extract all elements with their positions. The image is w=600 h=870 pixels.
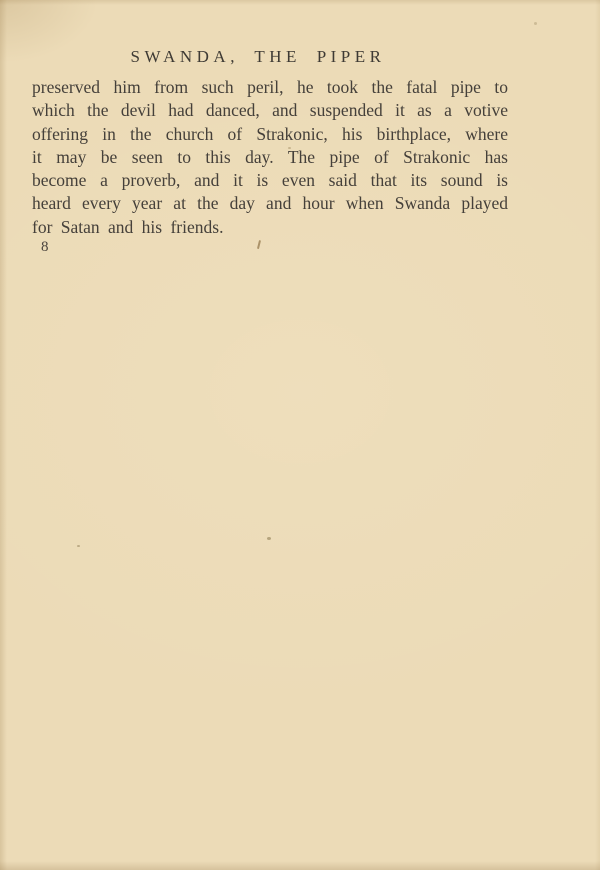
paragraph-line: offering in the church of Strakonic, his…: [32, 123, 508, 146]
paragraph-line: become a proverb, and it is even said th…: [32, 169, 508, 192]
paper-mark-slash: [257, 240, 261, 249]
paragraph: preserved him from such peril, he took t…: [32, 76, 508, 239]
paragraph-line: preserved him from such peril, he took t…: [32, 76, 508, 99]
paper-speck: [534, 22, 537, 25]
paragraph-line: it may be seen to this day. The pipe of …: [32, 146, 508, 169]
book-page: SWANDA, THE PIPER preserved him from suc…: [0, 0, 600, 870]
paragraph-line: heard every year at the day and hour whe…: [32, 192, 508, 215]
paper-speck: [288, 147, 291, 149]
paper-speck: [77, 545, 80, 547]
paragraph-line: for Satan and his friends.: [32, 216, 508, 239]
running-head: SWANDA, THE PIPER: [0, 47, 516, 67]
page-number: 8: [41, 239, 49, 256]
paper-speck: [267, 537, 271, 540]
paragraph-line: which the devil had danced, and suspende…: [32, 99, 508, 122]
